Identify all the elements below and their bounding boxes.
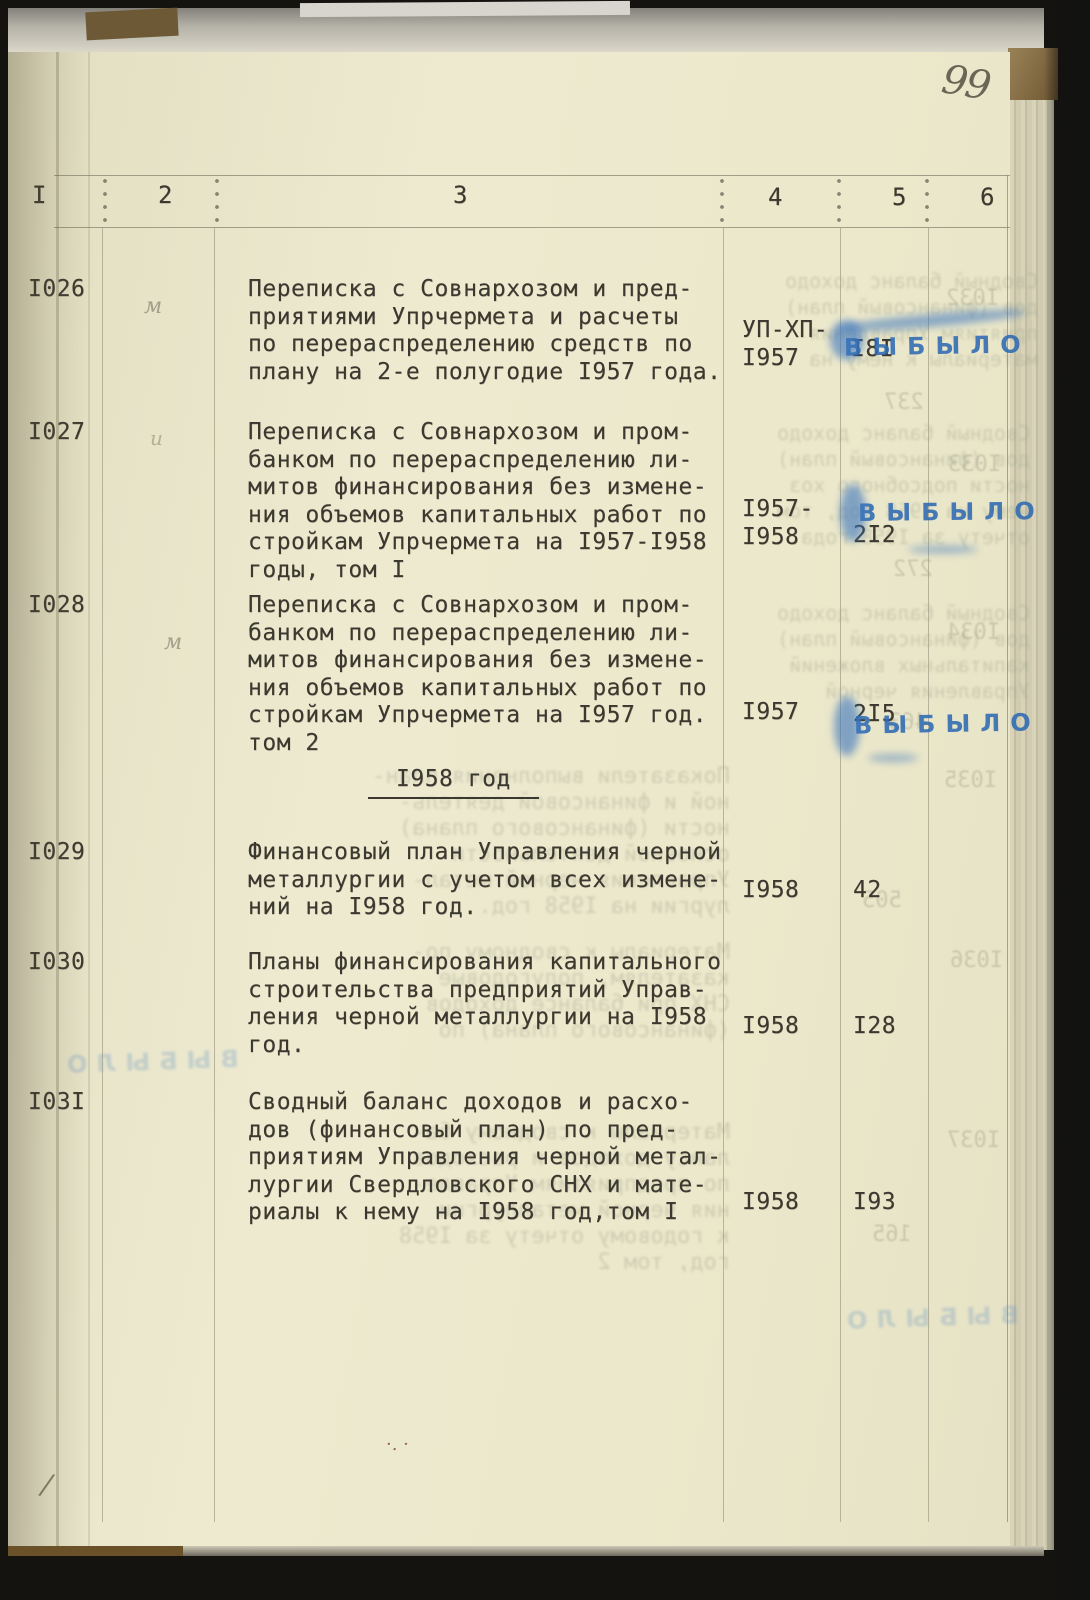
bleedthrough-number: 237	[884, 390, 924, 415]
table-column-line	[840, 227, 841, 1522]
vybylo-stamp: ВЫБЫЛО	[844, 330, 1031, 361]
bleedthrough-number: I035	[944, 768, 997, 793]
bleedthrough-number: 272	[893, 557, 933, 582]
handwritten-page-number: 99	[938, 56, 992, 109]
pencil-mark: м	[164, 630, 182, 655]
column-header-1: I	[32, 182, 47, 210]
binding-brown-patch	[85, 8, 178, 41]
bleedthrough-number: 165	[872, 1222, 912, 1247]
entry-sheet-count: I28	[853, 1013, 896, 1041]
bleedthrough-number: I034	[947, 620, 1000, 645]
column-header-5: 5	[892, 184, 907, 212]
ink-speck-marks: ·. ·	[386, 1434, 409, 1455]
stamp-ink-blot	[840, 484, 866, 542]
column-header-6: 6	[980, 184, 995, 212]
stamp-ink-blot	[834, 696, 860, 756]
column-header-4: 4	[768, 184, 783, 212]
header-dotted-separator	[720, 179, 724, 225]
column-header-3: 3	[453, 182, 468, 210]
entry-description: Переписка с Совнархозом и пром- банком п…	[248, 592, 728, 757]
entry-description: Планы финансирования капитального строит…	[248, 949, 728, 1059]
section-year-header: I958 год	[368, 766, 539, 799]
entry-number: I026	[28, 276, 85, 304]
entry-number: I029	[28, 839, 85, 867]
entry-number: I030	[28, 949, 85, 977]
vybylo-stamp: ВЫБЫЛО	[858, 497, 1045, 527]
stamp-ink-blot	[830, 320, 864, 360]
bleedthrough-number: I033	[948, 452, 1001, 477]
pencil-slash-mark: /	[40, 1468, 54, 1502]
stamp-ink-smear	[908, 546, 978, 553]
pencil-mark: м	[144, 294, 162, 319]
entry-description: Переписка с Совнархозом и пром- банком п…	[248, 419, 728, 584]
archive-scan: Сводный баланс доходо дов (финансовый пл…	[0, 0, 1090, 1600]
entry-description: Переписка с Совнархозом и пред- приятиям…	[248, 276, 728, 386]
header-dotted-separator	[103, 179, 107, 225]
entry-dates: I958	[742, 1189, 799, 1217]
bleedthrough-stamp: ВЫБЫЛО	[58, 1045, 240, 1079]
entry-sheet-count: 42	[853, 877, 882, 905]
entry-dates: I958	[742, 877, 799, 905]
paper-edge-highlight	[300, 1, 630, 17]
header-dotted-separator	[925, 179, 929, 225]
table-header-top-line	[54, 175, 1010, 176]
entry-description: Сводный баланс доходов и расхо- дов (фин…	[248, 1089, 728, 1227]
binding-crease	[88, 52, 90, 1546]
document-page: Сводный баланс доходо дов (финансовый пл…	[8, 52, 1010, 1546]
entry-dates: I958	[742, 1013, 799, 1041]
entry-dates: I957- I958	[742, 496, 814, 551]
entry-dates: УП-ХП- I957	[742, 317, 828, 372]
entry-description: Финансовый план Управления черной металл…	[248, 839, 728, 922]
column-header-2: 2	[158, 182, 173, 210]
entry-number: I028	[28, 592, 85, 620]
table-column-line	[214, 227, 215, 1522]
header-dotted-separator	[837, 179, 841, 225]
header-dotted-separator	[215, 179, 219, 225]
vybylo-stamp: ВЫБЫЛО	[854, 708, 1041, 739]
table-right-border	[1007, 175, 1008, 1522]
bleedthrough-number: I036	[950, 948, 1003, 973]
entry-number: I027	[28, 419, 85, 447]
table-column-line	[928, 227, 929, 1522]
bleedthrough-number: I032	[946, 286, 999, 311]
bleedthrough-number: I037	[947, 1128, 1000, 1153]
entry-sheet-count: I93	[853, 1189, 896, 1217]
table-header-bottom-line	[54, 227, 1010, 228]
entry-dates: I957	[742, 699, 799, 727]
stamp-ink-smear	[868, 754, 918, 762]
bleedthrough-text: Сводный баланс доходо дов (финансовый пл…	[730, 600, 1030, 704]
pencil-mark: и	[150, 426, 163, 450]
table-column-line	[102, 227, 103, 1522]
scan-right-shadow	[1044, 0, 1090, 1600]
entry-number: I03I	[28, 1089, 85, 1117]
